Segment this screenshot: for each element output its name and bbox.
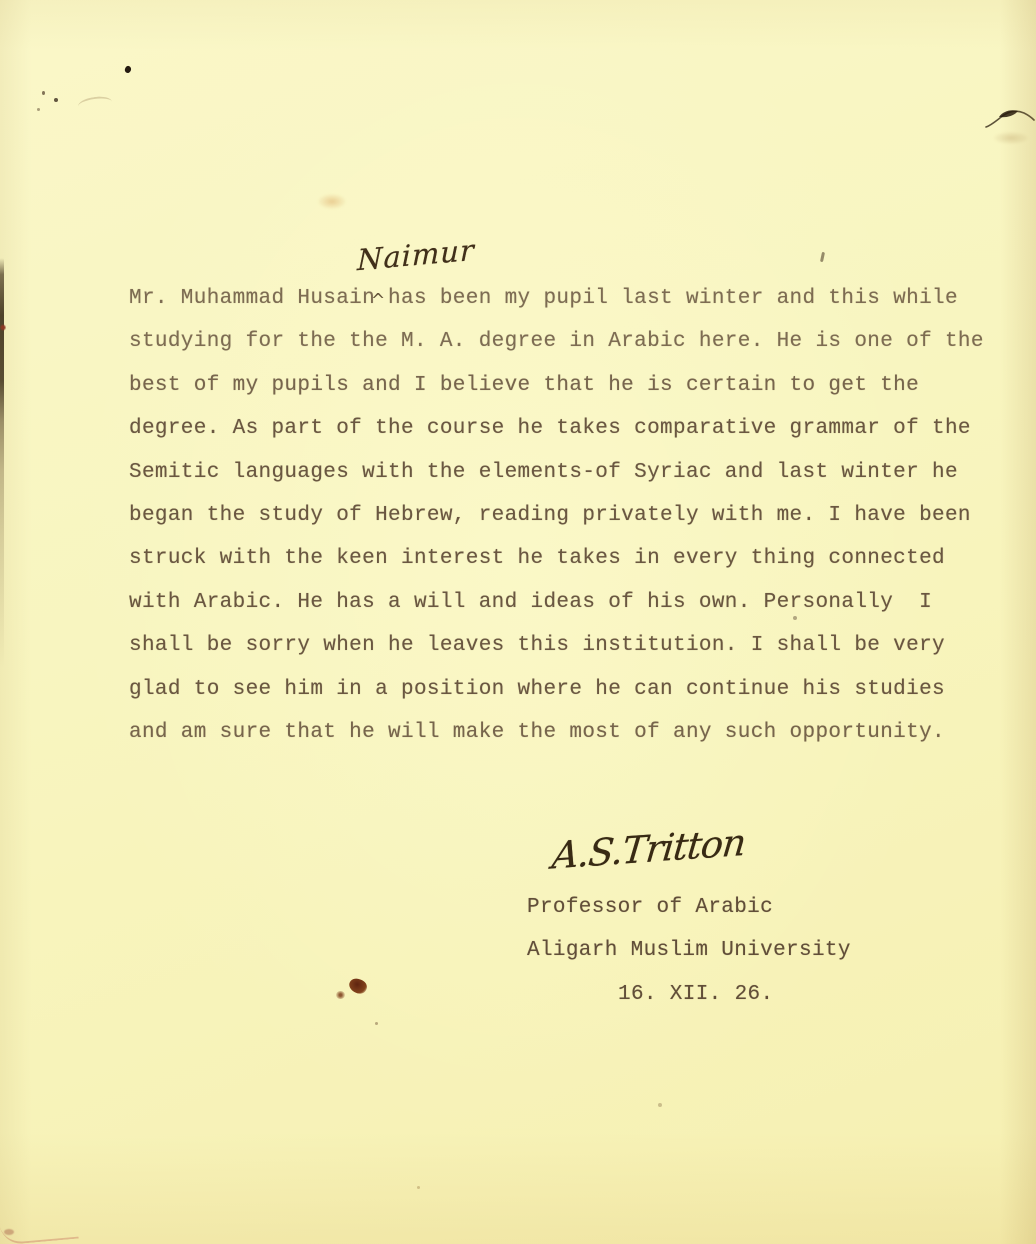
typed-line: with Arabic. He has a will and ideas of … (129, 581, 1009, 624)
corner-curl-mark (0, 1217, 79, 1244)
orange-smudge (318, 194, 346, 209)
typed-line: best of my pupils and I believe that he … (129, 364, 1009, 407)
ink-blot-small (336, 991, 345, 999)
faint-scratch-mark (77, 95, 113, 114)
ink-blot (347, 976, 369, 997)
paper-speck (37, 108, 40, 111)
pen-stroke-mark (984, 96, 1036, 134)
paper-speck (54, 98, 58, 102)
letter-body: Mr. Muhammad Husain has been my pupil la… (129, 277, 1009, 754)
typed-line: studying for the the M. A. degree in Ara… (129, 320, 1009, 363)
ink-blot-speck (375, 1022, 378, 1025)
typed-line: Semitic languages with the elements-of S… (129, 451, 1009, 494)
paper-speck (658, 1103, 662, 1107)
letter-page: Mr. Muhammad Husain has been my pupil la… (0, 0, 1036, 1244)
corner-curl-tip (4, 1229, 14, 1235)
signature-handwriting: A.S.Tritton (550, 817, 794, 877)
typed-line: struck with the keen interest he takes i… (129, 537, 1009, 580)
typed-line: glad to see him in a position where he c… (129, 668, 1009, 711)
typed-line: shall be sorry when he leaves this insti… (129, 624, 1009, 667)
stray-tick-mark (820, 252, 825, 262)
signoff-role: Professor of Arabic (527, 896, 773, 919)
typed-line: and am sure that he will make the most o… (129, 711, 1009, 754)
handwritten-insertion: Naimur (357, 233, 475, 277)
paper-speck (417, 1186, 420, 1189)
ink-speck-top (124, 65, 132, 74)
typed-line: Mr. Muhammad Husain has been my pupil la… (129, 277, 1009, 320)
left-edge-binding-mark (0, 258, 4, 668)
signoff-date: 16. XII. 26. (618, 983, 773, 1006)
typed-line: degree. As part of the course he takes c… (129, 407, 1009, 450)
signoff-university: Aligarh Muslim University (527, 939, 851, 962)
pen-stroke-smudge (994, 132, 1028, 144)
typed-line: began the study of Hebrew, reading priva… (129, 494, 1009, 537)
paper-speck (42, 91, 45, 95)
insertion-caret: ^ (371, 290, 385, 312)
left-edge-red-dot (0, 324, 6, 331)
